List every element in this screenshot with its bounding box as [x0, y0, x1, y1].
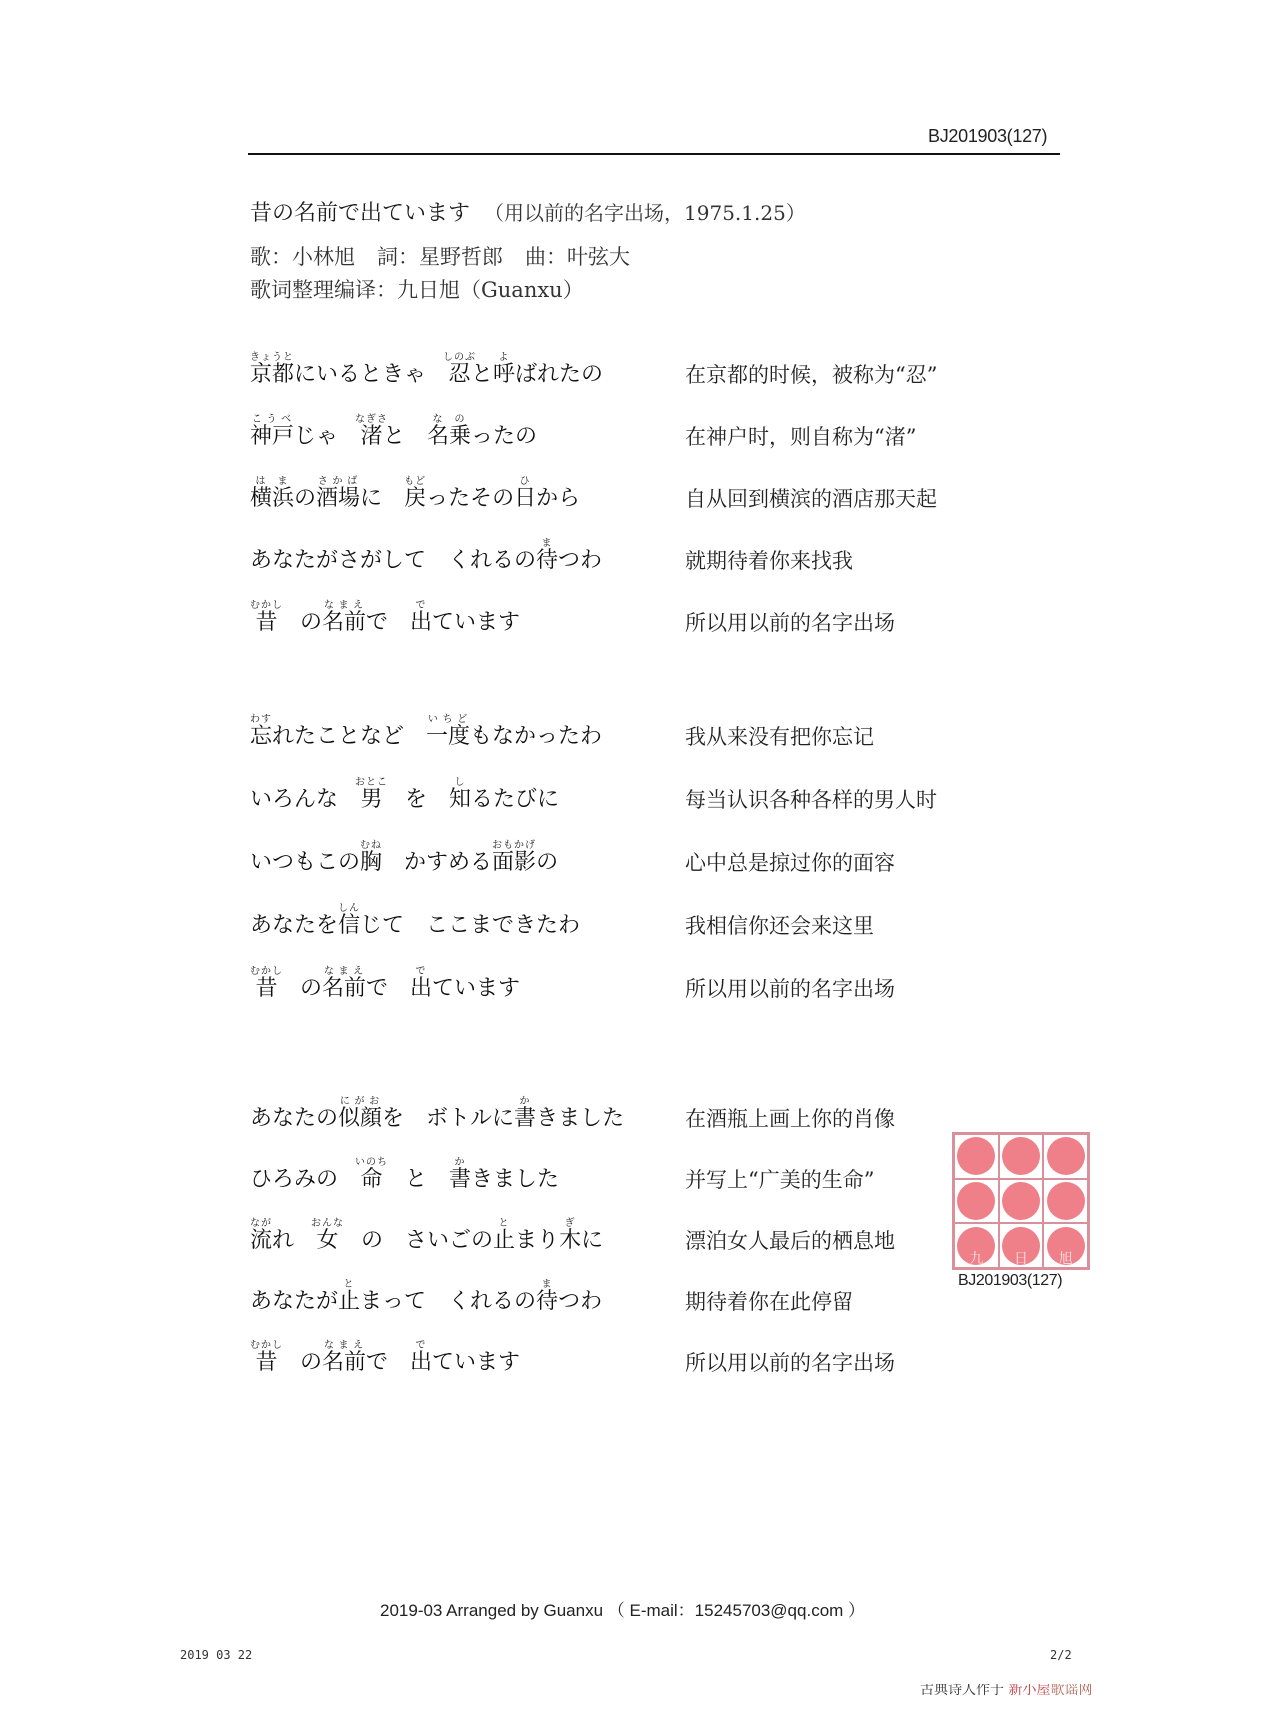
seal-cell: 日 — [999, 1223, 1044, 1268]
lyric-line: 神戸こうべじゃ 渚なぎさと 名乗なのったの在神户时，则自称为“渚” — [250, 400, 1070, 450]
kana-text: と — [383, 424, 427, 449]
furigana-reading: むかし — [250, 1340, 283, 1351]
kana-text: で — [366, 1350, 410, 1375]
kanji-base: 忘 — [250, 724, 272, 749]
lyric-chinese-translation: 所以用以前的名字出场 — [685, 1350, 895, 1376]
kanji-base: 名前 — [322, 610, 366, 635]
kana-text: いろんな — [250, 787, 360, 812]
furigana-word: 出で — [410, 610, 432, 635]
seal-dot-icon — [1002, 1137, 1040, 1175]
kana-text: で — [366, 976, 410, 1001]
kanji-base: 知 — [449, 787, 471, 812]
lyric-chinese-translation: 自从回到横滨的酒店那天起 — [685, 486, 937, 512]
furigana-word: 木ぎ — [559, 1228, 581, 1253]
furigana-reading: し — [449, 777, 471, 788]
lyric-chinese-translation: 并写上“广美的生命” — [685, 1167, 874, 1193]
furigana-word: 名前なまえ — [322, 976, 366, 1001]
kana-text: まり — [515, 1228, 559, 1253]
seal-dot-icon — [1002, 1182, 1040, 1220]
furigana-word: 知し — [449, 787, 471, 812]
kanji-base: 止 — [493, 1228, 515, 1253]
furigana-reading: なまえ — [322, 1340, 366, 1351]
furigana-reading: なぎさ — [355, 414, 388, 425]
kana-text: と — [471, 362, 493, 387]
lyric-line: 昔むかし の名前なまえで 出でています所以用以前的名字出场 — [250, 586, 1070, 636]
furigana-reading: ぎ — [559, 1218, 581, 1229]
kana-text: ています — [432, 976, 520, 1001]
lyricist-label: 詞： — [377, 245, 419, 269]
footer-credit: 2019-03 Arranged by Guanxu （ E-mail：1524… — [380, 1596, 865, 1621]
furigana-reading: さかば — [316, 476, 360, 487]
kana-text: まって くれるの — [360, 1289, 536, 1314]
lyric-line: いろんな 男おとこ を 知しるたびに每当认识各种各样的男人时 — [250, 763, 1070, 813]
kana-text: の — [278, 610, 322, 635]
seal-character: 旭 — [1044, 1251, 1087, 1267]
kana-text: と — [383, 1167, 449, 1192]
furigana-reading: で — [410, 1340, 432, 1351]
kanji-base: 出 — [410, 976, 432, 1001]
seal-cell — [999, 1179, 1044, 1224]
lyric-chinese-translation: 所以用以前的名字出场 — [685, 610, 895, 636]
kana-text: の — [278, 976, 322, 1001]
furigana-reading: きょうと — [250, 352, 294, 363]
lyric-line: 流ながれ 女おんな の さいごの止とまり木ぎに漂泊女人最后的栖息地 — [250, 1204, 1070, 1254]
kana-text: じて ここまできたわ — [360, 913, 580, 938]
furigana-reading: いちど — [426, 714, 470, 725]
seal-cell — [999, 1134, 1044, 1179]
furigana-word: 名乗なの — [427, 424, 471, 449]
furigana-reading: わす — [250, 714, 272, 725]
kanji-base: 横浜 — [250, 486, 294, 511]
kana-text: あなたを — [250, 913, 338, 938]
watermark-text-brown: 歌谣网 — [1050, 1684, 1092, 1696]
furigana-word: 似顔にがお — [338, 1106, 382, 1131]
kanji-base: 待 — [536, 1289, 558, 1314]
seal-cell — [1043, 1179, 1088, 1224]
furigana-reading: にがお — [338, 1096, 382, 1107]
seal-character: 九 — [955, 1251, 998, 1267]
seal-cell — [954, 1179, 999, 1224]
furigana-reading: なの — [427, 414, 471, 425]
furigana-reading: ま — [536, 1279, 558, 1290]
kana-text: で — [366, 610, 410, 635]
kana-text: かすめる — [382, 850, 492, 875]
lyric-japanese: あなたの似顔にがおを ボトルに書かきました — [250, 1096, 624, 1132]
furigana-reading: おんな — [311, 1218, 344, 1229]
furigana-reading: むかし — [250, 600, 283, 611]
furigana-reading: なが — [250, 1218, 272, 1229]
site-watermark: 古典诗人作于 新小屋歌谣网 — [920, 1684, 1200, 1696]
lyric-chinese-translation: 我从来没有把你忘记 — [685, 724, 874, 750]
furigana-reading: はま — [250, 476, 294, 487]
furigana-reading: ま — [536, 538, 558, 549]
kana-text: るたびに — [471, 787, 559, 812]
lyric-chinese-translation: 期待着你在此停留 — [685, 1289, 853, 1315]
kanji-base: 名前 — [322, 1350, 366, 1375]
lyric-chinese-translation: 所以用以前的名字出场 — [685, 976, 895, 1002]
seal-dot-icon — [1047, 1182, 1085, 1220]
furigana-reading: と — [493, 1218, 515, 1229]
furigana-word: 書か — [514, 1106, 536, 1131]
kanji-base: 待 — [536, 548, 558, 573]
singer-label: 歌： — [250, 245, 292, 269]
lyric-japanese: 流ながれ 女おんな の さいごの止とまり木ぎに — [250, 1218, 603, 1254]
lyric-chinese-translation: 在京都的时候，被称为“忍” — [685, 362, 937, 388]
kanji-base: 日 — [514, 486, 536, 511]
kanji-base: 呼 — [493, 362, 515, 387]
kana-text: あなたがさがして くれるの — [250, 548, 536, 573]
furigana-word: 横浜はま — [250, 486, 294, 511]
kana-text: つわ — [558, 1289, 602, 1314]
furigana-word: 昔むかし — [250, 610, 278, 635]
kana-text: を — [383, 787, 449, 812]
lyric-japanese: 京都きょうとにいるときゃ 忍しのぶと呼よばれたの — [250, 352, 603, 388]
furigana-word: 信しん — [338, 913, 360, 938]
furigana-reading: か — [514, 1096, 536, 1107]
furigana-reading: むかし — [250, 966, 283, 977]
furigana-word: 酒場さかば — [316, 486, 360, 511]
kanji-base: 京都 — [250, 362, 294, 387]
kana-text: きました — [471, 1167, 559, 1192]
seal-cell — [954, 1134, 999, 1179]
furigana-word: 待ま — [536, 1289, 558, 1314]
kana-text: じゃ — [294, 424, 360, 449]
furigana-reading: もど — [404, 476, 426, 487]
furigana-reading: ひ — [514, 476, 536, 487]
furigana-word: 日ひ — [514, 486, 536, 511]
kanji-base: 書 — [514, 1106, 536, 1131]
furigana-reading: なまえ — [322, 600, 366, 611]
lyric-line: あなたを信しんじて ここまできたわ我相信你还会来这里 — [250, 889, 1070, 939]
furigana-reading: いのち — [355, 1157, 388, 1168]
song-credits: 歌：小林旭詞：星野哲郎曲：叶弦大 — [250, 241, 630, 271]
lyric-japanese: いろんな 男おとこ を 知しるたびに — [250, 777, 559, 813]
lyric-japanese: いつもこの胸むね かすめる面影おもかげの — [250, 840, 558, 876]
kana-text: を ボトルに — [382, 1106, 514, 1131]
furigana-word: 出で — [410, 1350, 432, 1375]
lyric-line: 横浜はまの酒場さかばに 戻もどったその日ひから自从回到横滨的酒店那天起 — [250, 462, 1070, 512]
lyric-japanese: 横浜はまの酒場さかばに 戻もどったその日ひから — [250, 476, 580, 512]
furigana-word: 京都きょうと — [250, 362, 294, 387]
furigana-reading: おもかげ — [492, 840, 536, 851]
lyric-japanese: 昔むかし の名前なまえで 出でています — [250, 966, 520, 1002]
furigana-word: 胸むね — [360, 850, 382, 875]
furigana-word: 渚なぎさ — [360, 424, 383, 449]
kanji-base: 一度 — [426, 724, 470, 749]
lyric-line: 昔むかし の名前なまえで 出でています所以用以前的名字出场 — [250, 952, 1070, 1002]
lyric-chinese-translation: 漂泊女人最后的栖息地 — [685, 1228, 895, 1254]
furigana-word: 待ま — [536, 548, 558, 573]
furigana-word: 忘わす — [250, 724, 272, 749]
furigana-word: 止と — [338, 1289, 360, 1314]
lyric-japanese: ひろみの 命いのち と 書かきました — [250, 1157, 559, 1193]
kana-text: きました — [536, 1106, 624, 1131]
kana-text: あなたの — [250, 1106, 338, 1131]
kanji-base: 胸 — [360, 850, 382, 875]
kana-text: ひろみの — [250, 1167, 360, 1192]
furigana-word: 神戸こうべ — [250, 424, 294, 449]
lyric-line: ひろみの 命いのち と 書かきました并写上“广美的生命” — [250, 1143, 1070, 1193]
kanji-base: 止 — [338, 1289, 360, 1314]
kana-text: ったの — [471, 424, 537, 449]
lyric-japanese: 神戸こうべじゃ 渚なぎさと 名乗なのったの — [250, 414, 537, 450]
seal-cell — [1043, 1134, 1088, 1179]
song-title-chinese-note: （用以前的名字出场，1975.1.25） — [484, 201, 806, 225]
kana-text: にいるときゃ — [294, 362, 448, 387]
furigana-word: 昔むかし — [250, 976, 278, 1001]
furigana-reading: こうべ — [250, 414, 294, 425]
furigana-word: 流なが — [250, 1228, 272, 1253]
kana-text: の さいごの — [339, 1228, 493, 1253]
composer-name: 叶弦大 — [567, 245, 630, 269]
header-divider — [248, 153, 1060, 155]
furigana-reading: で — [410, 600, 432, 611]
kana-text: に — [581, 1228, 603, 1253]
furigana-word: 忍しのぶ — [448, 362, 471, 387]
lyric-line: 京都きょうとにいるときゃ 忍しのぶと呼よばれたの在京都的时候，被称为“忍” — [250, 338, 1070, 388]
singer-name: 小林旭 — [292, 245, 355, 269]
page-number: 2/2 — [1050, 1648, 1072, 1662]
kana-text: れ — [272, 1228, 316, 1253]
lyric-line: 忘わすれたことなど 一度いちどもなかったわ我从来没有把你忘记 — [250, 700, 1070, 750]
watermark-text-dark: 古典诗人作于 — [920, 1684, 1004, 1696]
kanji-base: 木 — [559, 1228, 581, 1253]
furigana-word: 戻もど — [404, 486, 426, 511]
kana-text: あなたが — [250, 1289, 338, 1314]
kanji-base: 出 — [410, 1350, 432, 1375]
furigana-reading: しん — [338, 903, 360, 914]
seal-dot-icon — [957, 1137, 995, 1175]
lyric-line: いつもこの胸むね かすめる面影おもかげの心中总是掠过你的面容 — [250, 826, 1070, 876]
song-title-japanese: 昔の名前で出ています — [250, 201, 470, 226]
furigana-word: 出で — [410, 976, 432, 1001]
seal-code: BJ201903(127) — [958, 1272, 1062, 1290]
furigana-word: 名前なまえ — [322, 610, 366, 635]
seal-dot-icon — [957, 1182, 995, 1220]
kana-text: もなかったわ — [470, 724, 602, 749]
furigana-reading: しのぶ — [443, 352, 476, 363]
kanji-base: 信 — [338, 913, 360, 938]
print-date: 2019 03 22 — [180, 1648, 252, 1662]
kanji-base: 名前 — [322, 976, 366, 1001]
lyric-line: あなたが止とまって くれるの待まつわ期待着你在此停留 — [250, 1265, 1070, 1315]
arranger-line: 歌词整理编译：九日旭（Guanxu） — [250, 274, 584, 304]
furigana-reading: おとこ — [355, 777, 388, 788]
lyric-chinese-translation: 就期待着你来找我 — [685, 548, 853, 574]
kanji-base: 戻 — [404, 486, 426, 511]
furigana-reading: なまえ — [322, 966, 366, 977]
furigana-reading: むね — [360, 840, 382, 851]
furigana-reading: と — [338, 1279, 360, 1290]
lyric-japanese: 昔むかし の名前なまえで 出でています — [250, 1340, 520, 1376]
kana-text: の — [278, 1350, 322, 1375]
lyric-chinese-translation: 在神户时，则自称为“渚” — [685, 424, 916, 450]
furigana-word: 呼よ — [493, 362, 515, 387]
seal-dot-icon — [1047, 1137, 1085, 1175]
furigana-word: 書か — [449, 1167, 471, 1192]
seal-cell: 九 — [954, 1223, 999, 1268]
lyric-chinese-translation: 每当认识各种各样的男人时 — [685, 787, 937, 813]
watermark-text-red: 新小屋 — [1008, 1684, 1050, 1696]
kanji-base: 神戸 — [250, 424, 294, 449]
furigana-word: 昔むかし — [250, 1350, 278, 1375]
kana-text: から — [536, 486, 580, 511]
song-title: 昔の名前で出ています（用以前的名字出场，1975.1.25） — [250, 196, 806, 227]
kanji-base: 出 — [410, 610, 432, 635]
kanji-base: 流 — [250, 1228, 272, 1253]
lyric-chinese-translation: 在酒瓶上画上你的肖像 — [685, 1106, 895, 1132]
lyric-line: 昔むかし の名前なまえで 出でています所以用以前的名字出场 — [250, 1326, 1070, 1376]
furigana-word: 男おとこ — [360, 787, 383, 812]
lyric-japanese: あなたを信しんじて ここまできたわ — [250, 903, 580, 939]
furigana-word: 命いのち — [360, 1167, 383, 1192]
kana-text: いつもこの — [250, 850, 360, 875]
kana-text: れたことなど — [272, 724, 426, 749]
kana-text: ています — [432, 1350, 520, 1375]
kana-text: ています — [432, 610, 520, 635]
kanji-base: 似顔 — [338, 1106, 382, 1131]
lyric-japanese: あなたが止とまって くれるの待まつわ — [250, 1279, 602, 1315]
furigana-reading: か — [449, 1157, 471, 1168]
lyric-japanese: あなたがさがして くれるの待まつわ — [250, 538, 602, 574]
composer-label: 曲： — [525, 245, 567, 269]
furigana-reading: で — [410, 966, 432, 977]
kana-text: ったその — [426, 486, 514, 511]
lyric-line: あなたの似顔にがおを ボトルに書かきました在酒瓶上画上你的肖像 — [250, 1082, 1070, 1132]
lyricist-name: 星野哲郎 — [419, 245, 503, 269]
kanji-base: 名乗 — [427, 424, 471, 449]
lyric-chinese-translation: 心中总是掠过你的面容 — [685, 850, 895, 876]
lyric-japanese: 昔むかし の名前なまえで 出でています — [250, 600, 520, 636]
kana-text: の — [294, 486, 316, 511]
lyric-chinese-translation: 我相信你还会来这里 — [685, 913, 874, 939]
seal-cell: 旭 — [1043, 1223, 1088, 1268]
kanji-base: 面影 — [492, 850, 536, 875]
furigana-word: 一度いちど — [426, 724, 470, 749]
furigana-word: 女おんな — [316, 1228, 339, 1253]
furigana-word: 止と — [493, 1228, 515, 1253]
kana-text: に — [360, 486, 404, 511]
kana-text: つわ — [558, 548, 602, 573]
lyric-line: あなたがさがして くれるの待まつわ就期待着你来找我 — [250, 524, 1070, 574]
lyric-japanese: 忘わすれたことなど 一度いちどもなかったわ — [250, 714, 602, 750]
furigana-reading: よ — [493, 352, 515, 363]
furigana-word: 面影おもかげ — [492, 850, 536, 875]
kanji-base: 酒場 — [316, 486, 360, 511]
furigana-word: 名前なまえ — [322, 1350, 366, 1375]
seal-character: 日 — [1000, 1251, 1043, 1267]
kana-text: ばれたの — [515, 362, 603, 387]
kana-text: の — [536, 850, 558, 875]
kanji-base: 書 — [449, 1167, 471, 1192]
document-code: BJ201903(127) — [928, 126, 1047, 147]
seal-stamp: 九日旭 — [952, 1132, 1090, 1270]
